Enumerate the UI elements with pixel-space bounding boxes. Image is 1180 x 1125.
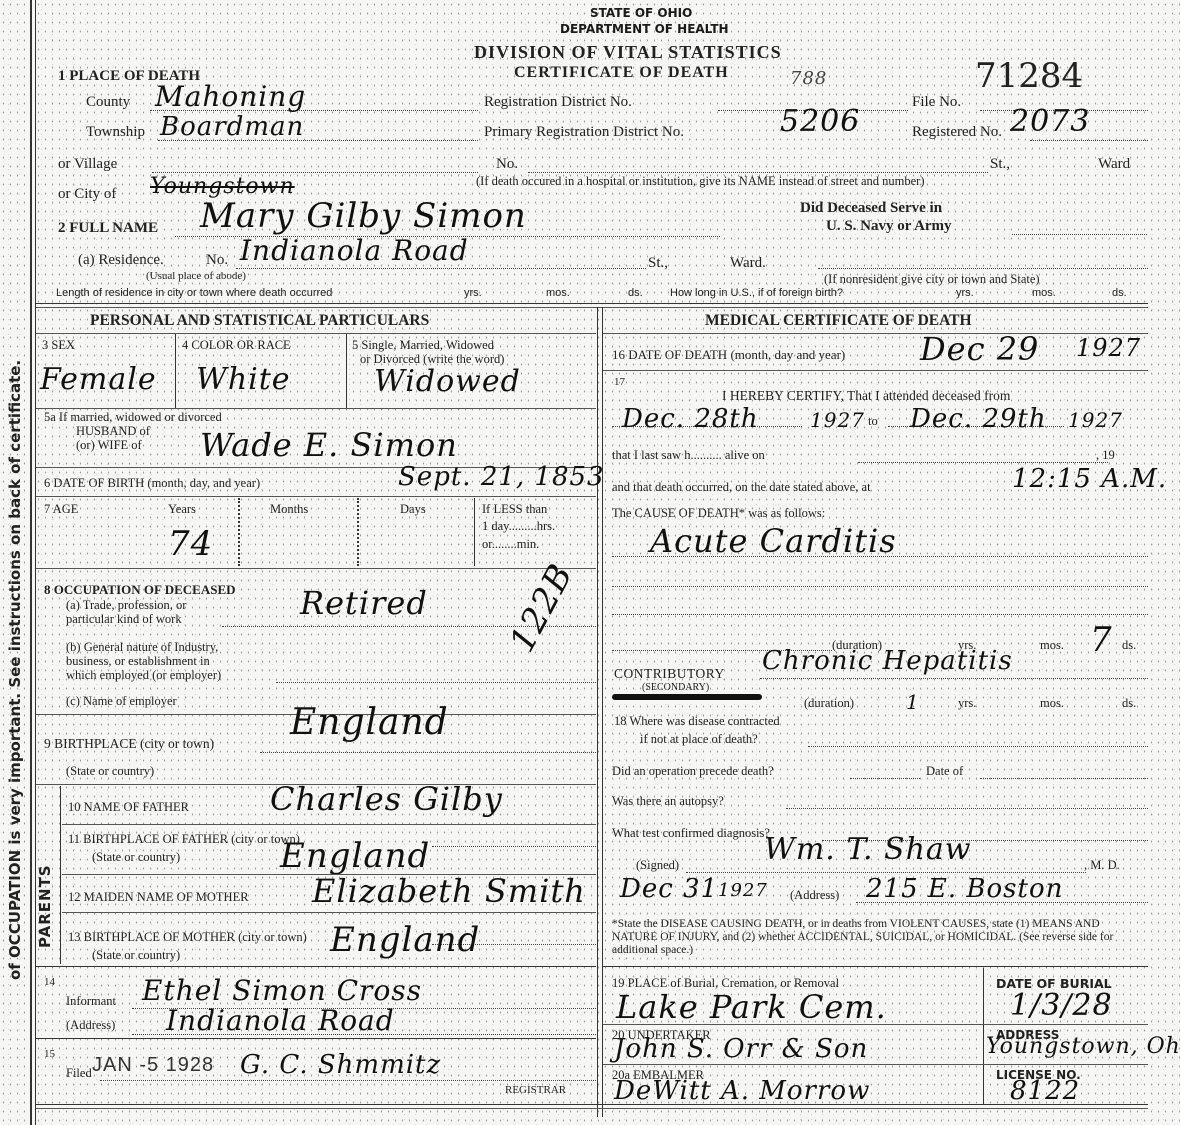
village-label: or Village (58, 156, 117, 173)
cause-label: The CAUSE OF DEATH* was as follows: (612, 506, 825, 521)
race-value: White (196, 362, 291, 397)
district-stamp: 788 (790, 68, 827, 89)
military-label-1: Did Deceased Serve in (800, 200, 942, 217)
township-label: Township (86, 124, 145, 141)
informant-address-label: (Address) (66, 1018, 115, 1033)
undertaker-value: John S. Orr & Son (614, 1034, 868, 1064)
occupation-code-annotation: 122B (502, 557, 581, 659)
signed-year: 1927 (718, 880, 768, 901)
age-label: 7 AGE (44, 502, 78, 517)
race-label: 4 COLOR OR RACE (182, 338, 291, 353)
informant-address-value: Indianola Road (166, 1004, 395, 1037)
age-days-label: Days (400, 502, 426, 517)
occ-b-label-3: which employed (or employer) (66, 668, 221, 683)
less-than-label-2: 1 day.........hrs. (482, 519, 555, 534)
residence-value: Indianola Road (240, 234, 469, 267)
undertaker-address-value: Youngstown, Ohio (986, 1034, 1180, 1059)
length-residence-label: Length of residence in city or town wher… (56, 287, 332, 299)
margin-note: of OCCUPATION is very important. See ins… (6, 360, 24, 980)
dob-value: Sept. 21, 1853 (398, 462, 605, 492)
file-no-label: File No. (912, 94, 961, 111)
stamp-number: 71284 (975, 56, 1083, 96)
attended-to-year: 1927 (1068, 408, 1123, 432)
marital-label-1: 5 Single, Married, Widowed (352, 338, 494, 353)
personal-section-title: PERSONAL AND STATISTICAL PARTICULARS (90, 312, 429, 330)
last-saw-label: that I last saw h.......... alive on (612, 448, 765, 463)
less-than-label-3: or........min. (482, 537, 539, 552)
birthplace-state-label: (State or country) (66, 764, 154, 779)
father-name-value: Charles Gilby (270, 780, 503, 818)
nonresident-note: (If nonresident give city or town and St… (824, 272, 1040, 287)
occ-b-label-2: business, or establishment in (66, 654, 210, 669)
burial-date-value: 1/3/28 (1010, 988, 1113, 1023)
attended-from-value: Dec. 28th (622, 404, 759, 434)
margin-border-inner (35, 0, 36, 1125)
attended-from-year: 1927 (810, 408, 865, 432)
occ-a-label-1: (a) Trade, profession, or (66, 598, 186, 613)
spouse-label-3: (or) WIFE of (76, 438, 142, 453)
state-title: STATE OF OHIO (590, 6, 692, 20)
physician-address-label: (Address) (790, 888, 839, 903)
village-st-label: St., (990, 156, 1010, 173)
death-certificate: of OCCUPATION is very important. See ins… (0, 0, 1180, 1125)
death-time-label: and that death occurred, on the date sta… (612, 480, 871, 495)
contributory-label: CONTRIBUTORY (614, 666, 725, 682)
birthplace-value: England (290, 702, 449, 743)
contributory-value: Chronic Hepatitis (762, 646, 1013, 676)
filed-date-stamp: JAN -5 1928 (92, 1054, 214, 1077)
death-time-value: 12:15 A.M. (1012, 464, 1167, 494)
county-label: County (86, 94, 130, 111)
cause-duration-days: 7 (1090, 620, 1113, 660)
mother-name-label: 12 MAIDEN NAME OF MOTHER (68, 890, 249, 905)
burial-place-value: Lake Park Cem. (616, 988, 887, 1026)
autopsy-label: Was there an autopsy? (612, 794, 724, 809)
informant-label: Informant (66, 994, 116, 1009)
marital-value: Widowed (374, 364, 521, 399)
signed-date: Dec 31 (620, 874, 718, 904)
medical-section-title: MEDICAL CERTIFICATE OF DEATH (705, 312, 972, 330)
department-title: DEPARTMENT OF HEALTH (560, 22, 729, 36)
cause-value: Acute Carditis (650, 522, 897, 560)
registered-no-label: Registered No. (912, 124, 1002, 141)
attended-to-value: Dec. 29th (910, 404, 1047, 434)
occ-a-label-2: particular kind of work (66, 612, 182, 627)
embalmer-value: DeWitt A. Morrow (614, 1076, 870, 1106)
mother-name-value: Elizabeth Smith (312, 872, 586, 910)
secondary-label: (SECONDARY) (642, 682, 709, 693)
less-than-label-1: If LESS than (482, 502, 547, 517)
birthplace-label: 9 BIRTHPLACE (city or town) (44, 736, 214, 752)
spouse-label-1: 5a If married, widowed or divorced (44, 410, 222, 425)
sex-label: 3 SEX (42, 338, 75, 353)
age-years-label: Years (168, 502, 196, 517)
sex-value: Female (40, 362, 157, 397)
occ-b-label-1: (b) General nature of Industry, (66, 640, 218, 655)
age-months-label: Months (270, 502, 308, 517)
spouse-label-2: HUSBAND of (76, 424, 150, 439)
military-label-2: U. S. Navy or Army (826, 218, 952, 235)
certify-text: I HEREBY CERTIFY, That I attended deceas… (722, 388, 1010, 404)
city-label: or City of (58, 186, 116, 203)
registrar-signature: G. C. Shmmitz (240, 1050, 441, 1080)
age-years-value: 74 (168, 524, 213, 564)
physician-address: 215 E. Boston (866, 874, 1063, 904)
spouse-value: Wade E. Simon (200, 426, 458, 464)
contributory-duration-years: 1 (906, 690, 920, 714)
license-value: 8122 (1010, 1076, 1080, 1106)
margin-border (30, 0, 32, 1125)
primary-reg-value: 5206 (780, 104, 860, 139)
occupation-label: 8 OCCUPATION OF DECEASED (44, 582, 236, 598)
residence-st-label: St., (648, 255, 668, 272)
cause-footnote: *State the DISEASE CAUSING DEATH, or in … (612, 918, 1144, 957)
hospital-note: (If death occured in a hospital or insti… (476, 174, 925, 189)
township-value: Boardman (160, 112, 304, 142)
dod-year: 1927 (1076, 334, 1141, 362)
occ-c-label: (c) Name of employer (66, 694, 177, 709)
certificate-title: CERTIFICATE OF DEATH (514, 64, 729, 82)
county-value: Mahoning (155, 80, 306, 113)
abode-note: (Usual place of abode) (146, 270, 246, 282)
mother-birthplace-value: England (330, 920, 480, 960)
dod-value: Dec 29 (920, 330, 1039, 368)
parents-side-label: PARENTS (36, 864, 54, 948)
village-ward-label: Ward (1098, 156, 1130, 173)
residence-label: (a) Residence. (78, 252, 164, 269)
informant-value: Ethel Simon Cross (142, 974, 422, 1007)
filed-label: Filed (66, 1066, 92, 1081)
registered-no-value: 2073 (1010, 104, 1090, 139)
physician-signature: Wm. T. Shaw (764, 832, 971, 867)
where-contracted-label-1: 18 Where was disease contracted (614, 714, 780, 729)
father-birthplace-state-label: (State or country) (92, 850, 180, 865)
primary-reg-label: Primary Registration District No. (484, 124, 684, 141)
mother-birthplace-state-label: (State or country) (92, 948, 180, 963)
contributory-duration-label: (duration) (804, 696, 854, 711)
father-name-label: 10 NAME OF FATHER (68, 800, 189, 815)
division-title: DIVISION OF VITAL STATISTICS (474, 42, 782, 63)
registrar-label: REGISTRAR (505, 1084, 566, 1096)
where-contracted-label-2: if not at place of death? (640, 732, 758, 747)
residence-no-label: No. (206, 252, 228, 269)
redacted-mark (612, 694, 762, 700)
mother-birthplace-label: 13 BIRTHPLACE OF MOTHER (city or town) (68, 930, 307, 945)
us-residence-label: How long in U.S., if of foreign birth? (670, 287, 843, 299)
village-no-label: No. (496, 156, 518, 173)
father-birthplace-label: 11 BIRTHPLACE OF FATHER (city or town) (68, 832, 300, 847)
operation-label: Did an operation precede death? (612, 764, 774, 779)
occupation-value: Retired (300, 584, 428, 622)
test-label: What test confirmed diagnosis? (612, 826, 770, 841)
dod-label: 16 DATE OF DEATH (month, day and year) (612, 347, 845, 363)
residence-ward-label: Ward. (730, 255, 766, 272)
signed-label: (Signed) (636, 858, 679, 873)
reg-district-label: Registration District No. (484, 94, 632, 111)
father-birthplace-value: England (280, 836, 430, 876)
dob-label: 6 DATE OF BIRTH (month, day, and year) (44, 476, 260, 491)
operation-date-label: Date of (926, 764, 963, 779)
full-name-label: 2 FULL NAME (58, 220, 158, 237)
full-name-value: Mary Gilby Simon (200, 196, 527, 236)
